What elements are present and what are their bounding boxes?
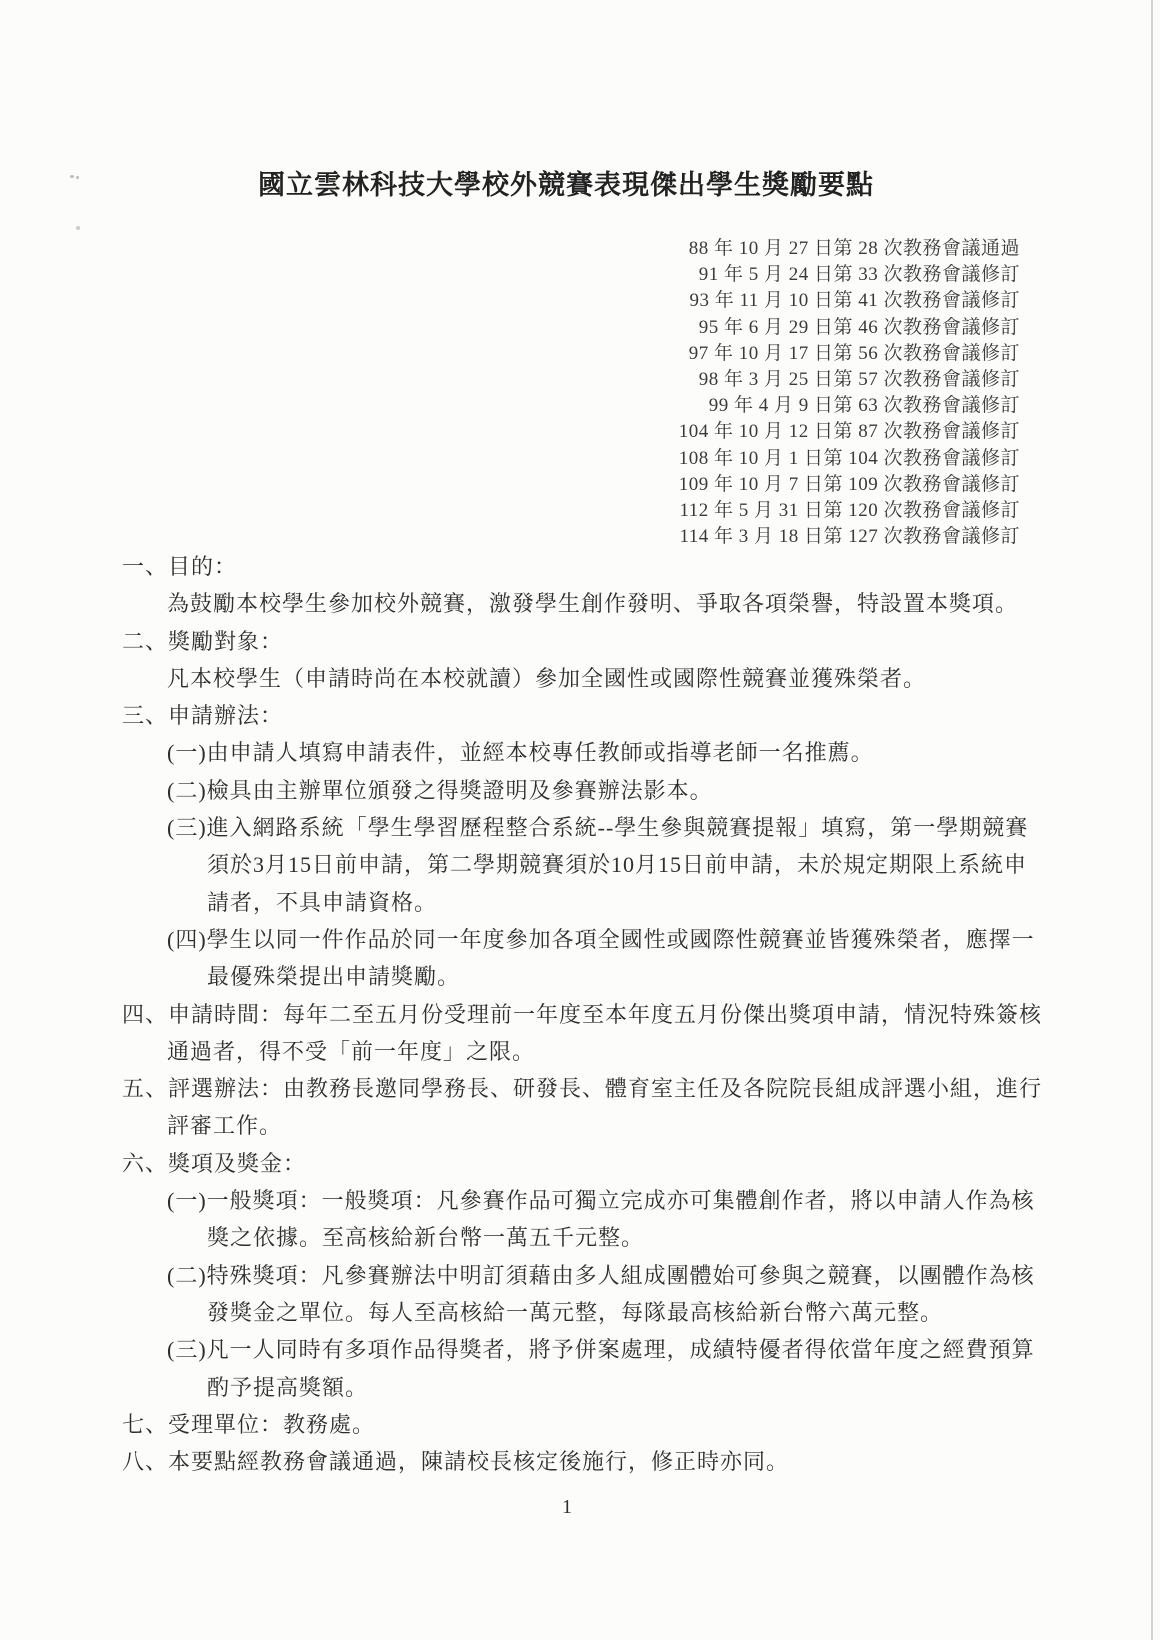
- body-line: 凡本校學生（申請時尚在本校就讀）參加全國性或國際性競賽並獲殊榮者。: [122, 660, 1024, 697]
- page-number: 1: [122, 1496, 1012, 1519]
- scan-artifact-line: [1151, 0, 1153, 1640]
- body-line: 一、目的：: [122, 548, 1024, 585]
- body-line: 七、受理單位：教務處。: [122, 1406, 1024, 1443]
- body-line: 四、申請時間：每年二至五月份受理前一年度至本年度五月份傑出獎項申請，情況特殊簽核: [122, 996, 1024, 1033]
- body-line: 六、獎項及獎金：: [122, 1145, 1024, 1182]
- revision-entry: 108 年 10 月 1 日第 104 次教務會議修訂: [679, 446, 1020, 472]
- scan-speck: [76, 226, 80, 230]
- revision-entry: 98 年 3 月 25 日第 57 次教務會議修訂: [679, 367, 1020, 393]
- revision-history: 88 年 10 月 27 日第 28 次教務會議通過 91 年 5 月 24 日…: [679, 236, 1020, 550]
- revision-entry: 93 年 11 月 10 日第 41 次教務會議修訂: [679, 288, 1020, 314]
- revision-entry: 112 年 5 月 31 日第 120 次教務會議修訂: [679, 498, 1020, 524]
- revision-entry: 95 年 6 月 29 日第 46 次教務會議修訂: [679, 315, 1020, 341]
- revision-entry: 91 年 5 月 24 日第 33 次教務會議修訂: [679, 262, 1020, 288]
- revision-entry: 109 年 10 月 7 日第 109 次教務會議修訂: [679, 472, 1020, 498]
- body-line: 八、本要點經教務會議通過，陳請校長核定後施行，修正時亦同。: [122, 1443, 1024, 1480]
- body-line: 請者，不具申請資格。: [122, 884, 1024, 921]
- body-line: 五、評選辦法：由教務長邀同學務長、研發長、體育室主任及各院院長組成評選小組，進行: [122, 1070, 1024, 1107]
- body-line: (三)進入網路系統「學生學習歷程整合系統--學生參與競賽提報」填寫，第一學期競賽: [122, 809, 1024, 846]
- body-line: 酌予提高獎額。: [122, 1369, 1024, 1406]
- revision-entry: 99 年 4 月 9 日第 63 次教務會議修訂: [679, 393, 1020, 419]
- body-line: 獎之依據。至高核給新台幣一萬五千元整。: [122, 1219, 1024, 1256]
- revision-entry: 104 年 10 月 12 日第 87 次教務會議修訂: [679, 419, 1020, 445]
- body-line: 最優殊榮提出申請獎勵。: [122, 958, 1024, 995]
- body-line: 通過者，得不受「前一年度」之限。: [122, 1033, 1024, 1070]
- document-page: 國立雲林科技大學校外競賽表現傑出學生獎勵要點 88 年 10 月 27 日第 2…: [0, 0, 1160, 1640]
- document-body: 一、目的： 為鼓勵本校學生參加校外競賽，激發學生創作發明、爭取各項榮譽，特設置本…: [122, 548, 1024, 1480]
- body-line: 須於3月15日前申請，第二學期競賽須於10月15日前申請，未於規定期限上系統申: [122, 846, 1024, 883]
- body-line: (二)檢具由主辦單位頒發之得獎證明及參賽辦法影本。: [122, 772, 1024, 809]
- body-line: (四)學生以同一件作品於同一年度參加各項全國性或國際性競賽並皆獲殊榮者，應擇一: [122, 921, 1024, 958]
- body-line: 評審工作。: [122, 1107, 1024, 1144]
- body-line: (二)特殊獎項：凡參賽辦法中明訂須藉由多人組成團體始可參與之競賽，以團體作為核: [122, 1257, 1024, 1294]
- body-line: (一)由申請人填寫申請表件，並經本校專任教師或指導老師一名推薦。: [122, 734, 1024, 771]
- body-line: 二、獎勵對象：: [122, 623, 1024, 660]
- body-line: 為鼓勵本校學生參加校外競賽，激發學生創作發明、爭取各項榮譽，特設置本獎項。: [122, 585, 1024, 622]
- revision-entry: 97 年 10 月 17 日第 56 次教務會議修訂: [679, 341, 1020, 367]
- body-line: (一)一般獎項：一般獎項：凡參賽作品可獨立完成亦可集體創作者，將以申請人作為核: [122, 1182, 1024, 1219]
- body-line: 三、申請辦法：: [122, 697, 1024, 734]
- revision-entry: 114 年 3 月 18 日第 127 次教務會議修訂: [679, 524, 1020, 550]
- body-line: 發獎金之單位。每人至高核給一萬元整，每隊最高核給新台幣六萬元整。: [122, 1294, 1024, 1331]
- revision-entry: 88 年 10 月 27 日第 28 次教務會議通過: [679, 236, 1020, 262]
- scan-speck: [70, 175, 74, 178]
- body-line: (三)凡一人同時有多項作品得獎者，將予併案處理，成績特優者得依當年度之經費預算: [122, 1331, 1024, 1368]
- document-title: 國立雲林科技大學校外競賽表現傑出學生獎勵要點: [112, 169, 1020, 202]
